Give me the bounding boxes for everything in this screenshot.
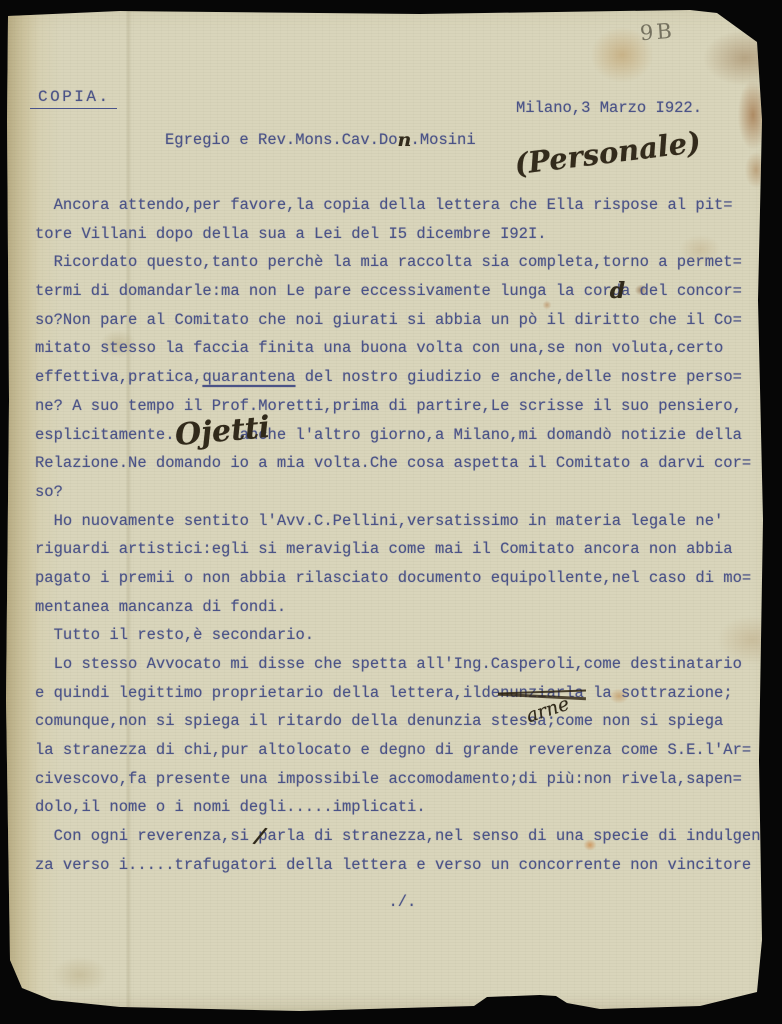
letter-line: termi di domandarle:ma non Le pare ecces… [35,277,770,306]
typed-text: pagato i premii o non abbia rilasciato d… [35,569,751,587]
typed-text: comunque,non si spiega il ritardo della … [35,712,723,730]
typed-text: civescovo,fa presente una impossibile ac… [35,770,742,788]
typed-text: Con ogni reverenza,si [35,827,258,845]
typed-text: la stranezza di chi,pur altolocato e deg… [35,741,751,759]
letter-line: ./. [35,888,770,917]
typed-text: da del concor= [612,282,742,300]
typed-text: dolo,il nome o i nomi degli.....implicat… [35,798,426,816]
typed-text: esplicitamente. [35,426,175,444]
letter-line: dolo,il nome o i nomi degli.....implicat… [35,793,770,822]
handwritten-personale-note: (Personale) [513,125,703,182]
typed-text: e quindi legittimo proprietario della le… [35,684,500,702]
typed-text: ne? A suo tempo il Prof.Moretti,prima di… [35,397,742,415]
addressee-text: Egregio e Rev.Mons.Cav.Do [165,131,398,149]
typed-text: Ricordato questo,tanto perchè la mia rac… [35,253,742,271]
letter-line: esplicitamente.Ojetti anche l'altro gior… [35,421,770,450]
copy-label: COPIA. [30,88,117,109]
addressee-text: .Mosini [411,131,476,149]
typed-text: effettiva,pratica, [35,368,202,386]
typed-text: del nostro giudizio e anche,delle nostre… [295,368,741,386]
typed-text: Lo stesso Avvocato mi disse che spetta a… [35,655,742,673]
letter-line: effettiva,pratica,quarantena del nostro … [35,363,770,392]
typed-text: quarantena [202,368,295,386]
letter-line: comunque,non si spiega il ritardo della … [35,707,770,736]
dateline: Milano,3 Marzo I922. [516,99,702,117]
letter-line: Tutto il resto,è secondario. [35,621,770,650]
typed-text: termi di domandarle:ma non Le pare ecces… [35,282,612,300]
typed-text: so?Non pare al Comitato che noi giurati … [35,311,742,329]
typed-text: ./. [35,893,416,911]
typed-text: za verso i.....trafugatori della lettera… [35,856,751,874]
letter-line: Ho nuovamente sentito l'Avv.C.Pellini,ve… [35,507,770,536]
letter-line: Relazione.Ne domando io a mia volta.Che … [35,449,770,478]
letter-line: la stranezza di chi,pur altolocato e deg… [35,736,770,765]
addressee-line: Egregio e Rev.Mons.Cav.Don.Mosini [165,131,476,149]
letter-line: mentanea mancanza di fondi. [35,593,770,622]
letter-line: Lo stesso Avvocato mi disse che spetta a… [35,650,770,679]
typed-text: tore Villani dopo della sua a Lei del I5… [35,225,547,243]
pencil-archive-code: 9B [639,19,675,45]
letter-line: pagato i premii o non abbia rilasciato d… [35,564,770,593]
typed-text: so? [35,483,63,501]
typed-text: parla di stranezza,nel senso di una spec… [258,827,770,845]
typed-text: mitato stesso la faccia finita una buona… [35,339,723,357]
typed-text: Tutto il resto,è secondario. [35,626,314,644]
typed-text: Ancora attendo,per favore,la copia della… [35,196,733,214]
letter-line: riguardi artistici:egli si meraviglia co… [35,535,770,564]
typed-text: Ho nuovamente sentito l'Avv.C.Pellini,ve… [35,512,723,530]
letter-line: Ancora attendo,per favore,la copia della… [35,191,770,220]
typed-text: Relazione.Ne domando io a mia volta.Che … [35,454,751,472]
letter-line: mitato stesso la faccia finita una buona… [35,334,770,363]
letter-body: Ancora attendo,per favore,la copia della… [35,191,770,916]
letter-line: so?Non pare al Comitato che noi giurati … [35,306,770,335]
typed-text: la sottrazione; [584,684,733,702]
letter-line: e quindi legittimo proprietario della le… [35,679,770,708]
letter-line: Con ogni reverenza,si /parla di stranezz… [35,822,770,851]
typed-text: riguardi artistici:egli si meraviglia co… [35,540,733,558]
letter-line: ne? A suo tempo il Prof.Moretti,prima di… [35,392,770,421]
typed-text: mentanea mancanza di fondi. [35,598,286,616]
letter-line: tore Villani dopo della sua a Lei del I5… [35,220,770,249]
letter-line: za verso i.....trafugatori della lettera… [35,851,770,880]
letter-line: civescovo,fa presente una impossibile ac… [35,765,770,794]
letter-page: 9B COPIA. Milano,3 Marzo I922. Egregio e… [0,0,782,1024]
letter-line: Ricordato questo,tanto perchè la mia rac… [35,248,770,277]
letter-line: so? [35,478,770,507]
